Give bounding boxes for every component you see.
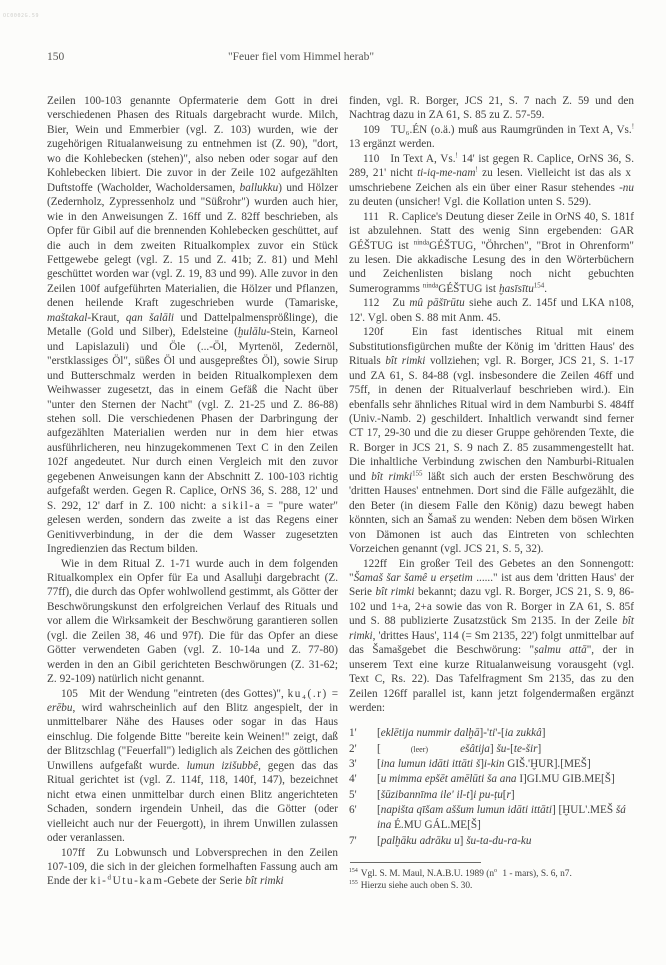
footnote: 155Hierzu siehe auch oben S. 30. <box>349 880 634 892</box>
line-number: 3' <box>349 757 377 772</box>
line-text: [(leer)ešâtija] šu-[te-šir] <box>377 742 634 757</box>
transliteration-line: 5' [šūzibannīma ile' il-t]i pu-ṭu[r] <box>349 788 634 803</box>
transliteration-line: 6' [napišta qīšam aššum lumun idāti ittā… <box>349 803 634 834</box>
transliteration-lines: 1' [eklētija nummir dalḫā]-'ti'-[ia zukk… <box>349 726 634 848</box>
footnotes: 154Vgl. S. M. Maul, N.A.B.U. 1989 (no 1 … <box>349 868 634 893</box>
paragraph: 107ff Zu Lobwunsch und Lobversprechen in… <box>47 846 338 889</box>
transliteration-line: 2' [(leer)ešâtija] šu-[te-šir] <box>349 742 634 757</box>
paragraph: 110 In Text A, Vs.! 14' ist gegen R. Cap… <box>349 152 634 210</box>
footnote-number: 154 <box>349 868 358 874</box>
line-number: 7' <box>349 834 377 849</box>
line-text: [u mimma epšēt amēlūti ša ana I]GI.MU GI… <box>377 772 634 787</box>
paragraph: Zeilen 100-103 genannte Opfermaterie dem… <box>47 94 338 557</box>
right-column-paragraphs: finden, vgl. R. Borger, JCS 21, S. 7 nac… <box>349 94 634 715</box>
transliteration-line: 3' [ina lumun idāti ittāti š]i-kin GIŠ.'… <box>349 757 634 772</box>
paragraph: 112 Zu mû pāšīrūtu siehe auch Z. 145f un… <box>349 296 634 325</box>
footnote-text: Hierzu siehe auch oben S. 30. <box>361 881 473 891</box>
line-number: 1' <box>349 726 377 741</box>
footnote: 154Vgl. S. M. Maul, N.A.B.U. 1989 (no 1 … <box>349 868 634 880</box>
paragraph: 105 Mit der Wendung "eintreten (des Gott… <box>47 687 338 846</box>
footnote-separator <box>350 862 481 863</box>
line-text: [eklētija nummir dalḫā]-'ti'-[ia zukkâ] <box>377 726 634 741</box>
paragraph: 109 TU₆.ÉN (o.ä.) muß aus Raumgründen in… <box>349 123 634 152</box>
transliteration-line: 1' [eklētija nummir dalḫā]-'ti'-[ia zukk… <box>349 726 634 741</box>
line-number: 6' <box>349 803 377 834</box>
line-text: [ina lumun idāti ittāti š]i-kin GIŠ.'ḪUR… <box>377 757 634 772</box>
paragraph: finden, vgl. R. Borger, JCS 21, S. 7 nac… <box>349 94 634 123</box>
right-column: finden, vgl. R. Borger, JCS 21, S. 7 nac… <box>349 94 634 892</box>
line-number: 4' <box>349 772 377 787</box>
line-text: [palḫāku adrāku u] šu-ta-du-ra-ku <box>377 834 634 849</box>
footnote-number: 155 <box>349 880 358 886</box>
paragraph: 111 R. Caplice's Deutung dieser Zeile in… <box>349 210 634 297</box>
text-columns: Zeilen 100-103 genannte Opfermaterie dem… <box>47 94 634 892</box>
scan-artifact-label: OC0002G.59 <box>3 13 39 19</box>
running-title: "Feuer fiel vom Himmel herab" <box>175 51 427 63</box>
transliteration-line: 7' [palḫāku adrāku u] šu-ta-du-ra-ku <box>349 834 634 849</box>
page-number: 150 <box>47 51 64 63</box>
left-column: Zeilen 100-103 genannte Opfermaterie dem… <box>47 94 338 892</box>
transliteration-line: 4' [u mimma epšēt amēlūti ša ana I]GI.MU… <box>349 772 634 787</box>
paragraph: Wie in dem Ritual Z. 1-71 wurde auch in … <box>47 557 338 687</box>
line-number: 5' <box>349 788 377 803</box>
line-text: [šūzibannīma ile' il-t]i pu-ṭu[r] <box>377 788 634 803</box>
paragraph: 122ff Ein großer Teil des Gebetes an den… <box>349 557 634 716</box>
page-header: 150 "Feuer fiel vom Himmel herab" <box>47 51 634 66</box>
line-number: 2' <box>349 742 377 757</box>
footnote-text: Vgl. S. M. Maul, N.A.B.U. 1989 (no 1 - m… <box>361 869 572 879</box>
scanned-book-page: OC0002G.59 150 "Feuer fiel vom Himmel he… <box>0 0 666 965</box>
line-text: [napišta qīšam aššum lumun idāti ittāti]… <box>377 803 634 834</box>
paragraph: 120f Ein fast identisches Ritual mit ein… <box>349 325 634 556</box>
